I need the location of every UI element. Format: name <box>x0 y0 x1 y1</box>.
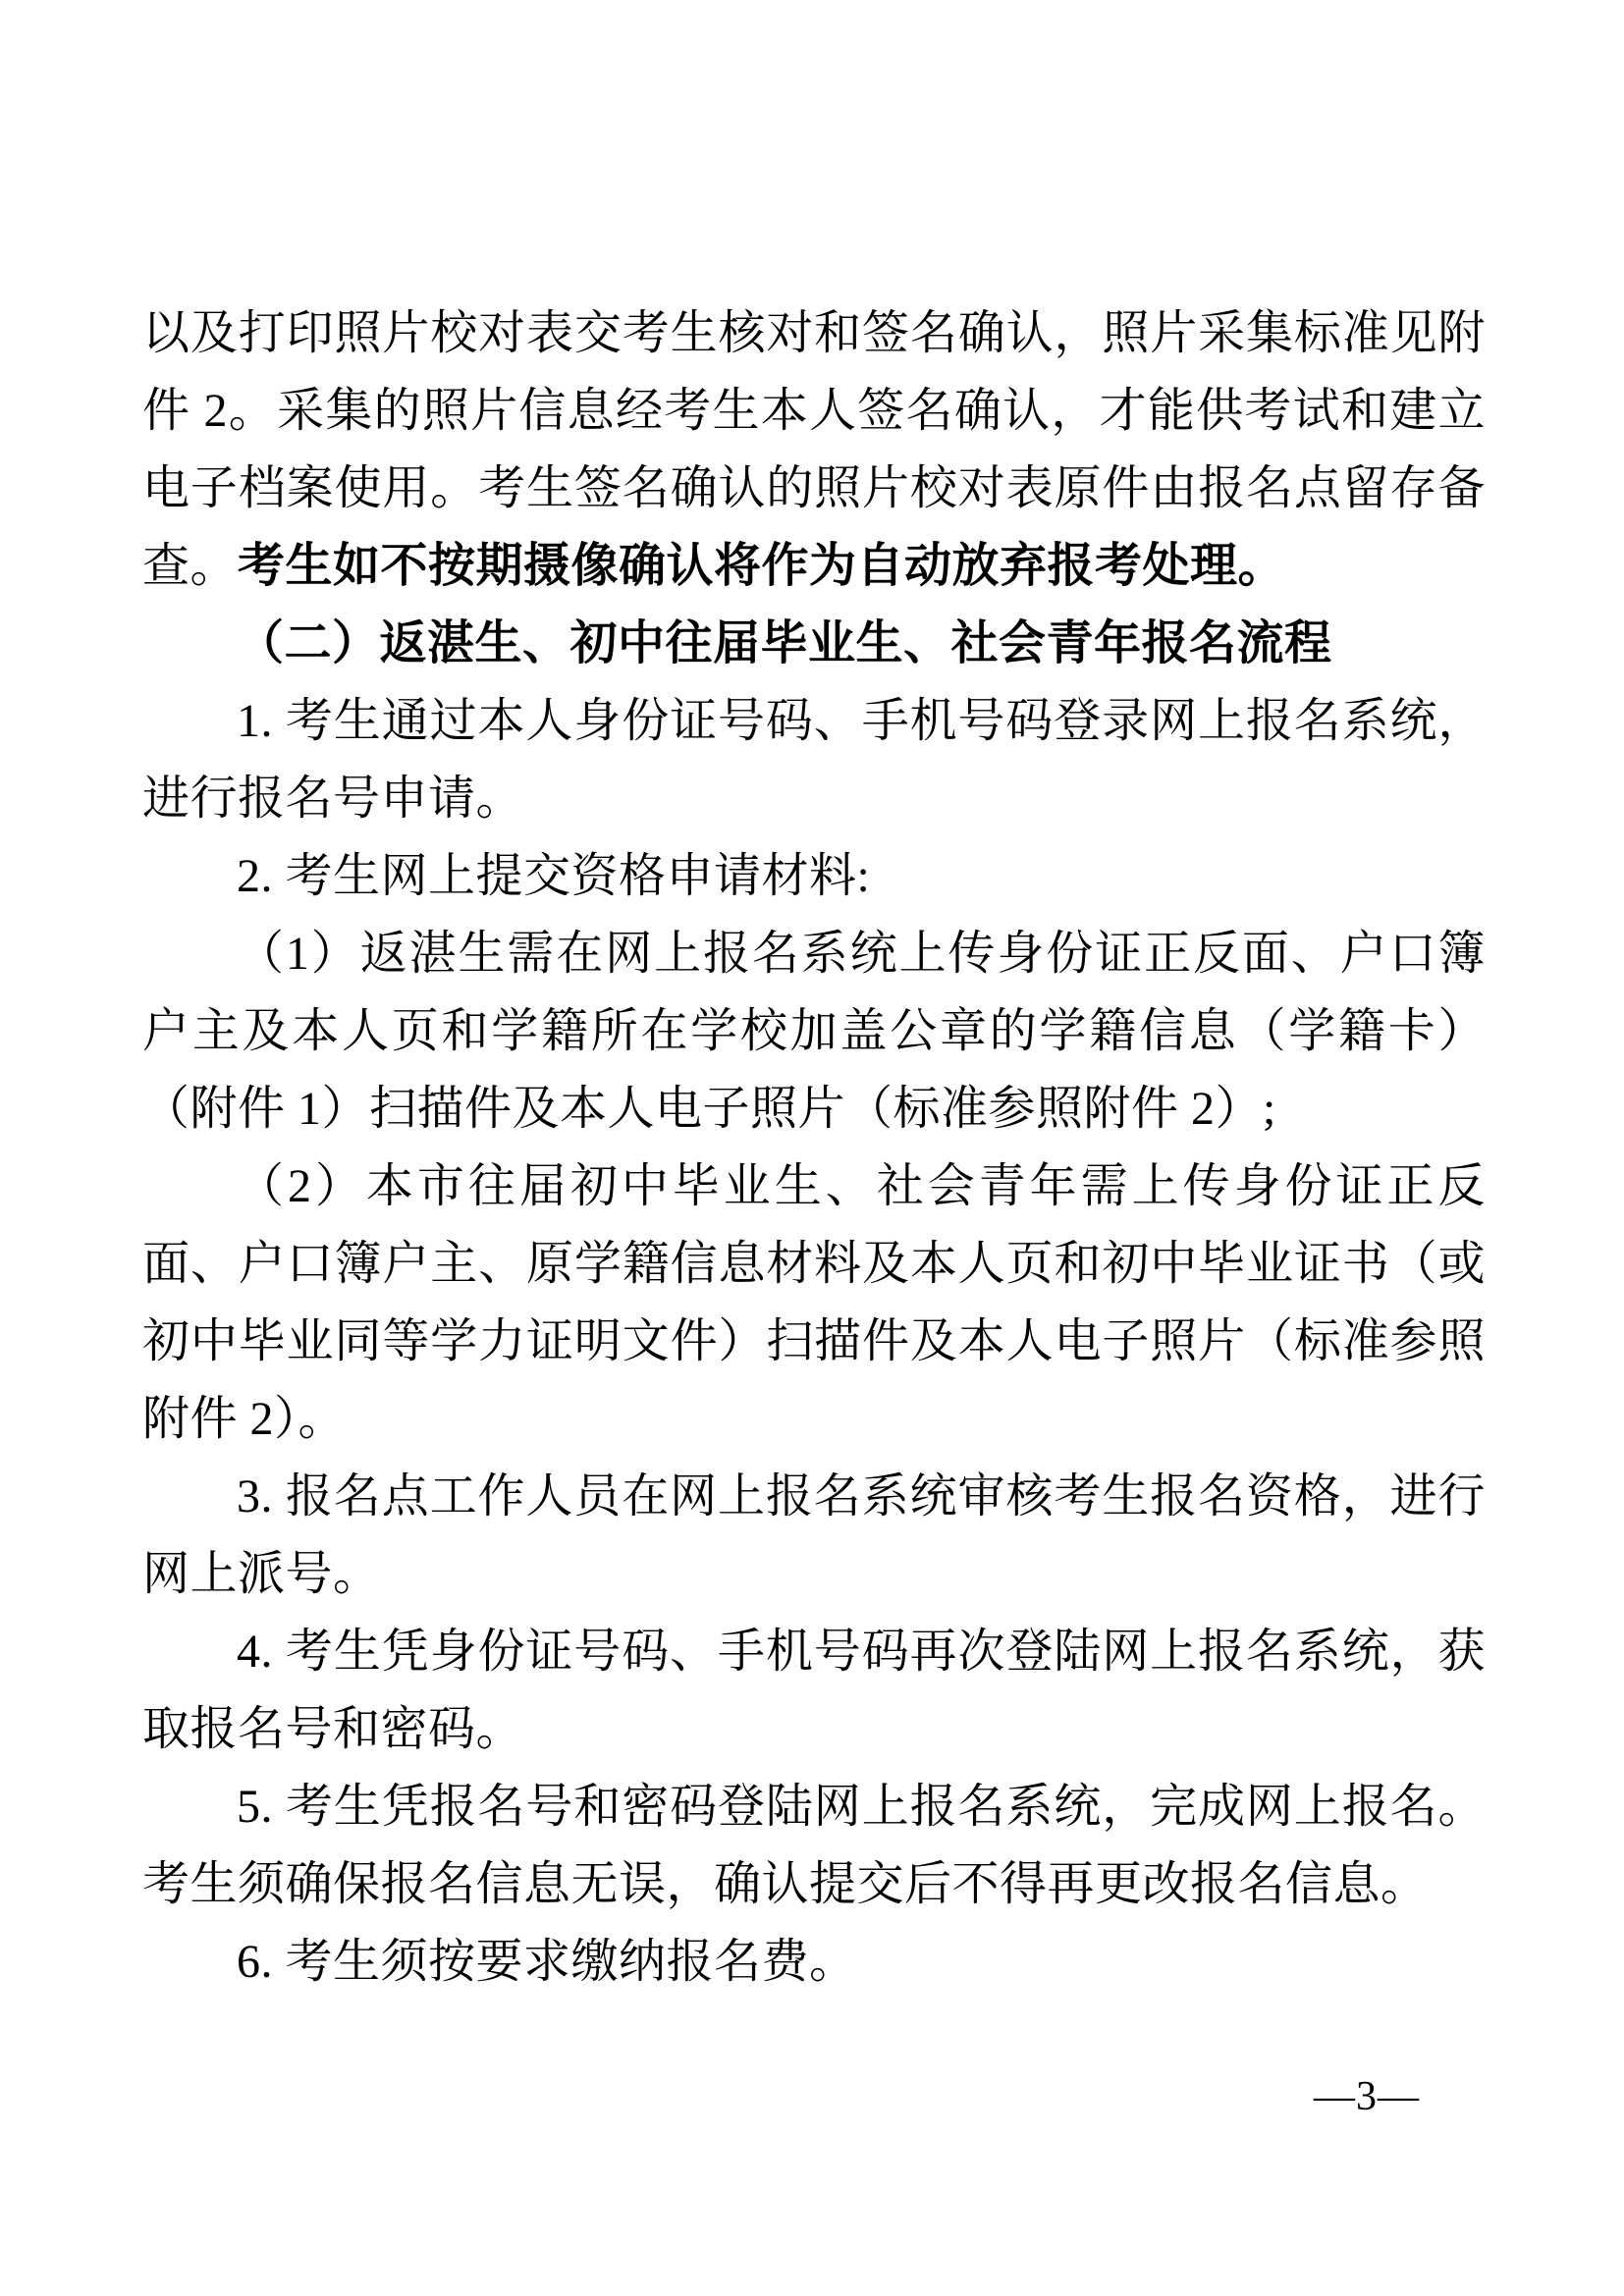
list-item-4: 4. 考生凭身份证号码、手机号码再次登陆网上报名系统，获取报名号和密码。 <box>142 1613 1486 1768</box>
document-body: 以及打印照片校对表交考生核对和签名确认，照片采集标准见附件 2。采集的照片信息经… <box>142 294 1486 2001</box>
list-item-5: 5. 考生凭报名号和密码登陆网上报名系统，完成网上报名。考生须确保报名信息无误，… <box>142 1768 1486 1923</box>
page-number: —3— <box>1314 2073 1420 2120</box>
list-item-2-sub-1: （1）返湛生需在网上报名系统上传身份证正反面、户口簿户主及本人页和学籍所在学校加… <box>142 915 1486 1148</box>
list-item-1: 1. 考生通过本人身份证号码、手机号码登录网上报名系统，进行报名号申请。 <box>142 682 1486 837</box>
paragraph-photo-confirmation: 以及打印照片校对表交考生核对和签名确认，照片采集标准见附件 2。采集的照片信息经… <box>142 294 1486 605</box>
paragraph-bold-warning: 考生如不按期摄像确认将作为自动放弃报考处理。 <box>238 540 1285 592</box>
document-page: 以及打印照片校对表交考生核对和签名确认，照片采集标准见附件 2。采集的照片信息经… <box>0 0 1624 2296</box>
list-item-3: 3. 报名点工作人员在网上报名系统审核考生报名资格，进行网上派号。 <box>142 1458 1486 1613</box>
section-heading-2: （二）返湛生、初中往届毕业生、社会青年报名流程 <box>142 605 1486 682</box>
list-item-2-sub-2: （2）本市往届初中毕业生、社会青年需上传身份证正反面、户口簿户主、原学籍信息材料… <box>142 1148 1486 1458</box>
list-item-6: 6. 考生须按要求缴纳报名费。 <box>142 1923 1486 2001</box>
list-item-2: 2. 考生网上提交资格申请材料: <box>142 837 1486 915</box>
